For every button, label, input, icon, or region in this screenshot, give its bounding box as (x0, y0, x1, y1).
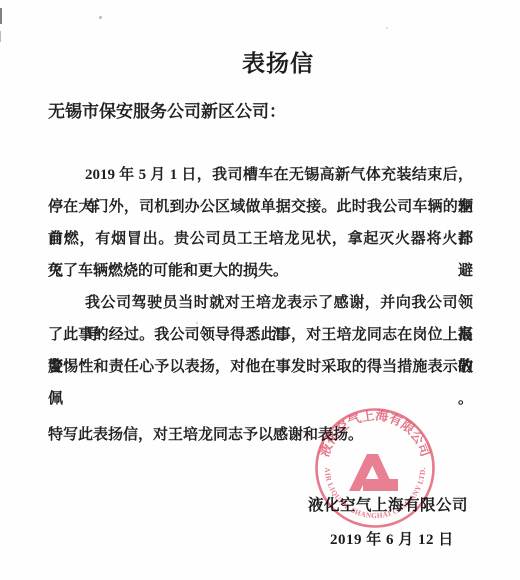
company-seal: 液化空气上海有限公司 AIR LIQUIDE SHANGHAI COMPANY … (300, 394, 450, 544)
body-line: 自燃，有烟冒出。贵公司员工王培龙见状，拿起灭火器将火扑灭，避 (48, 223, 473, 255)
scan-artifact (0, 31, 1, 42)
air-liquide-logo-icon (349, 454, 398, 491)
scan-artifact (0, 8, 2, 24)
body-line: 警惕性和责任心予以表扬，对他在事发时采取的得当措施表示敬佩。 (48, 351, 473, 383)
body-line: 2019 年 5 月 1 日，我司槽车在无锡高新气体充装结束后，车辆 (48, 159, 473, 191)
letter-body: 2019 年 5 月 1 日，我司槽车在无锡高新气体充装结束后，车辆 停在大门外… (48, 159, 473, 383)
seal-ring-text-cn: 液化空气上海有限公司 (316, 407, 432, 458)
page-title: 表扬信 (0, 45, 520, 78)
salutation: 无锡市保安服务公司新区公司： (48, 97, 286, 122)
scan-artifact (99, 16, 102, 19)
svg-text:液化空气上海有限公司: 液化空气上海有限公司 (316, 407, 432, 458)
body-line: 我公司驾驶员当时就对王培龙表示了感谢，并向我公司领导汇报 (48, 287, 473, 319)
scan-artifact (386, 27, 388, 29)
body-line: 了此事的经过。我公司领导得悉此事，对王培龙同志在岗位上高度的 (48, 319, 473, 351)
commendation-letter-page: 表扬信 无锡市保安服务公司新区公司： 2019 年 5 月 1 日，我司槽车在无… (0, 0, 520, 580)
body-line: 停在大门外，司机到办公区域做单据交接。此时我公司车辆的左前部 (48, 191, 473, 223)
